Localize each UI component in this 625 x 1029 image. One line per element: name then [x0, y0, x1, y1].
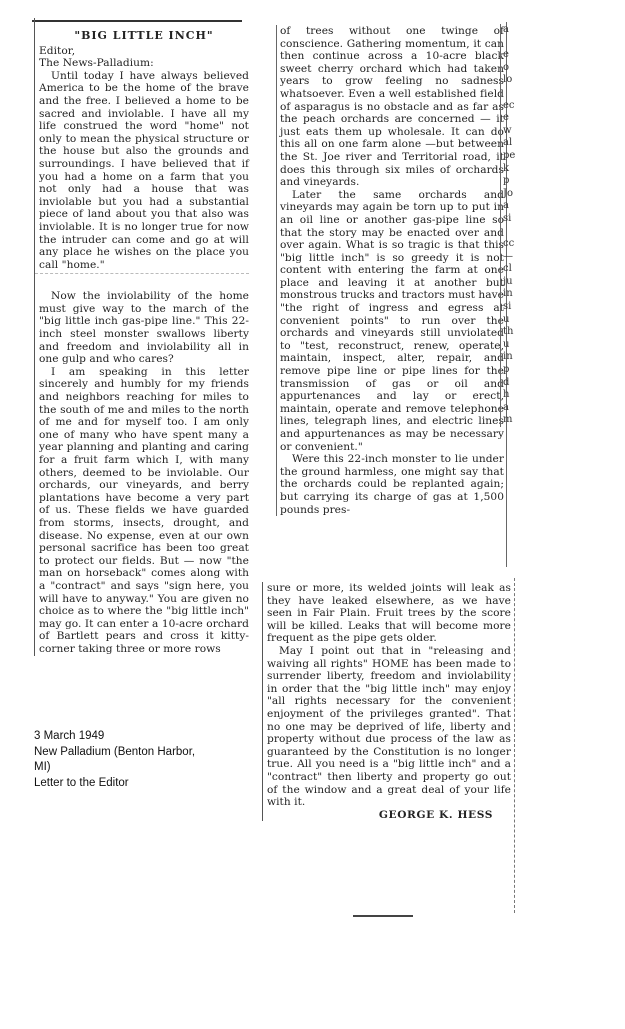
article-column-3: sure or more, its welded joints will lea…: [262, 582, 514, 821]
paragraph: I am speaking in this letter sincerely a…: [39, 366, 249, 656]
caption-publication: New Palladium (Benton Harbor,: [34, 745, 234, 761]
clipping-caption: 3 March 1949 New Palladium (Benton Harbo…: [34, 729, 234, 791]
fragment-line: Jo: [503, 188, 521, 201]
fragment-line: w: [503, 125, 521, 138]
author-signature: GEORGE K. HESS: [267, 809, 511, 822]
fragment-line: si: [503, 301, 521, 314]
fragment-line: [503, 37, 521, 50]
fragment-line: ju: [503, 276, 521, 289]
salutation-newspaper: The News-Palladium:: [39, 57, 249, 70]
fragment-line: k: [503, 163, 521, 176]
fragment-line: cl: [503, 263, 521, 276]
fragment-line: u: [503, 339, 521, 352]
fragment-line: in: [503, 288, 521, 301]
fragment-line: ec: [503, 100, 521, 113]
caption-section: Letter to the Editor: [34, 776, 234, 792]
fragment-line: th: [503, 326, 521, 339]
signature-end-rule: [353, 915, 413, 917]
article-column-1: "BIG LITTLE INCH" Editor, The News-Palla…: [34, 18, 253, 656]
fragment-line: h: [503, 389, 521, 402]
adjacent-column-fragment: a e o lo ec e w al pe k p Jo a si cc — c…: [500, 24, 521, 427]
fragment-line: e: [503, 112, 521, 125]
fragment-line: pe: [503, 150, 521, 163]
paragraph: of trees without one twinge of conscienc…: [280, 25, 504, 189]
fragment-line: d: [503, 377, 521, 390]
paragraph: Later the same orchards and vineyards ma…: [280, 189, 504, 453]
fragment-line: o: [503, 62, 521, 75]
fragment-line: a: [503, 402, 521, 415]
article-column-2: of trees without one twinge of conscienc…: [276, 25, 506, 516]
fragment-line: [503, 226, 521, 239]
fragment-line: p: [503, 175, 521, 188]
fragment-line: m: [503, 414, 521, 427]
column-3-right-rule: [514, 578, 515, 913]
fragment-line: al: [503, 137, 521, 150]
fragment-line: u: [503, 314, 521, 327]
fragment-line: [503, 87, 521, 100]
fragment-line: cc: [503, 238, 521, 251]
fragment-line: a: [503, 24, 521, 37]
paragraph: Until today I have always believed Ameri…: [39, 70, 249, 272]
paragraph: May I point out that in "releasing and w…: [267, 645, 511, 809]
paragraph: sure or more, its welded joints will lea…: [267, 582, 511, 645]
salutation-editor: Editor,: [39, 45, 249, 58]
paragraph-divider: [35, 273, 249, 284]
article-headline: "BIG LITTLE INCH": [39, 30, 249, 43]
fragment-line: a: [503, 200, 521, 213]
caption-date: 3 March 1949: [34, 729, 234, 745]
paragraph: Were this 22-inch monster to lie under t…: [280, 453, 504, 516]
fragment-line: in: [503, 351, 521, 364]
caption-publication-state: MI): [34, 760, 234, 776]
fragment-line: p: [503, 364, 521, 377]
fragment-line: e: [503, 49, 521, 62]
fragment-line: lo: [503, 74, 521, 87]
fragment-line: si: [503, 213, 521, 226]
paragraph: Now the inviolability of the home must g…: [39, 290, 249, 366]
fragment-line: —: [503, 251, 521, 264]
